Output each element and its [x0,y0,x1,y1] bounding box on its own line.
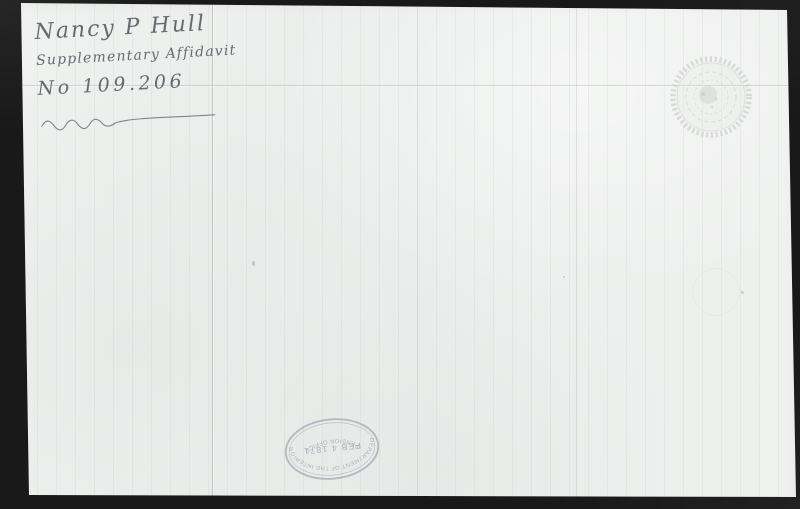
embossed-seal-graphic [668,54,754,140]
document-page: Nancy P Hull Supplementary Affidavit No … [0,0,800,509]
oval-stamp-graphic: DEPARTMENT OF THE INTERIOR FEB 4 1871 PE… [280,411,384,487]
scan-canvas: Nancy P Hull Supplementary Affidavit No … [0,0,800,509]
paper-speck [252,261,255,266]
embossed-seal [668,54,754,140]
faint-vertical-crease [417,0,418,509]
paper-speck [741,291,744,294]
docket-doc-type: Supplementary Affidavit [36,42,237,68]
seal-bleed-through-ring [692,268,740,316]
received-date-stamp: DEPARTMENT OF THE INTERIOR FEB 4 1871 PE… [280,411,384,487]
paper-speck [563,276,565,278]
vertical-crease [576,0,577,509]
handwritten-docket: Nancy P Hull Supplementary Affidavit No … [34,10,240,134]
docket-claim-number: No 109.206 [37,67,238,99]
